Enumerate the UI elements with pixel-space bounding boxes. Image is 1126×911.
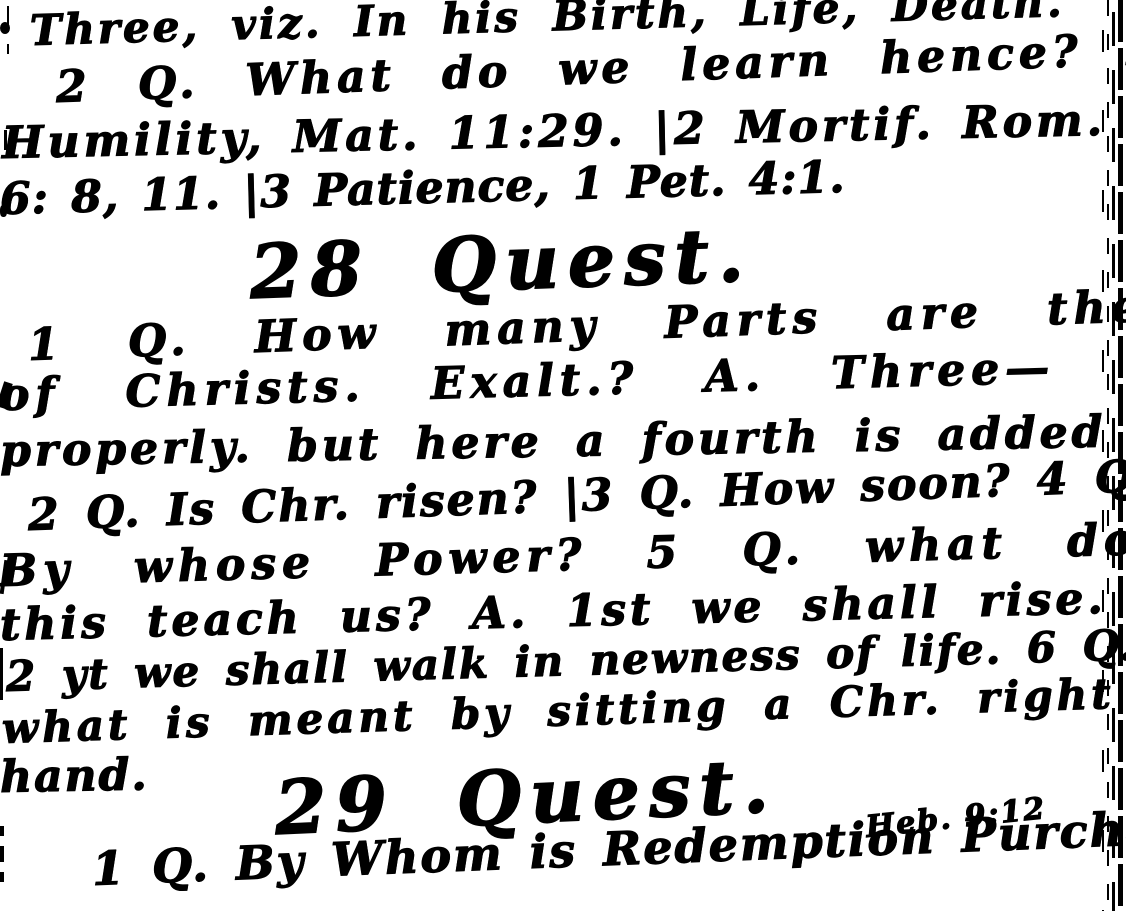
text-line: hand.	[0, 749, 149, 803]
left-edge-fragment	[0, 826, 4, 836]
left-edge-fragment	[4, 130, 7, 150]
left-edge-fragment	[7, 44, 9, 54]
manuscript-page: Three, viz. In his Birth, Life, Death. 2…	[0, 0, 1126, 911]
binding-edge	[1100, 0, 1126, 911]
left-edge-fragment	[0, 872, 4, 882]
binding-streak	[1107, 0, 1109, 911]
binding-streak	[1118, 0, 1123, 911]
left-edge-fragment	[0, 205, 7, 217]
left-edge-fragment	[0, 648, 3, 700]
left-edge-fragment	[0, 22, 10, 34]
left-edge-fragment	[0, 846, 4, 862]
binding-streak	[1112, 0, 1115, 911]
binding-streak	[1102, 0, 1104, 911]
